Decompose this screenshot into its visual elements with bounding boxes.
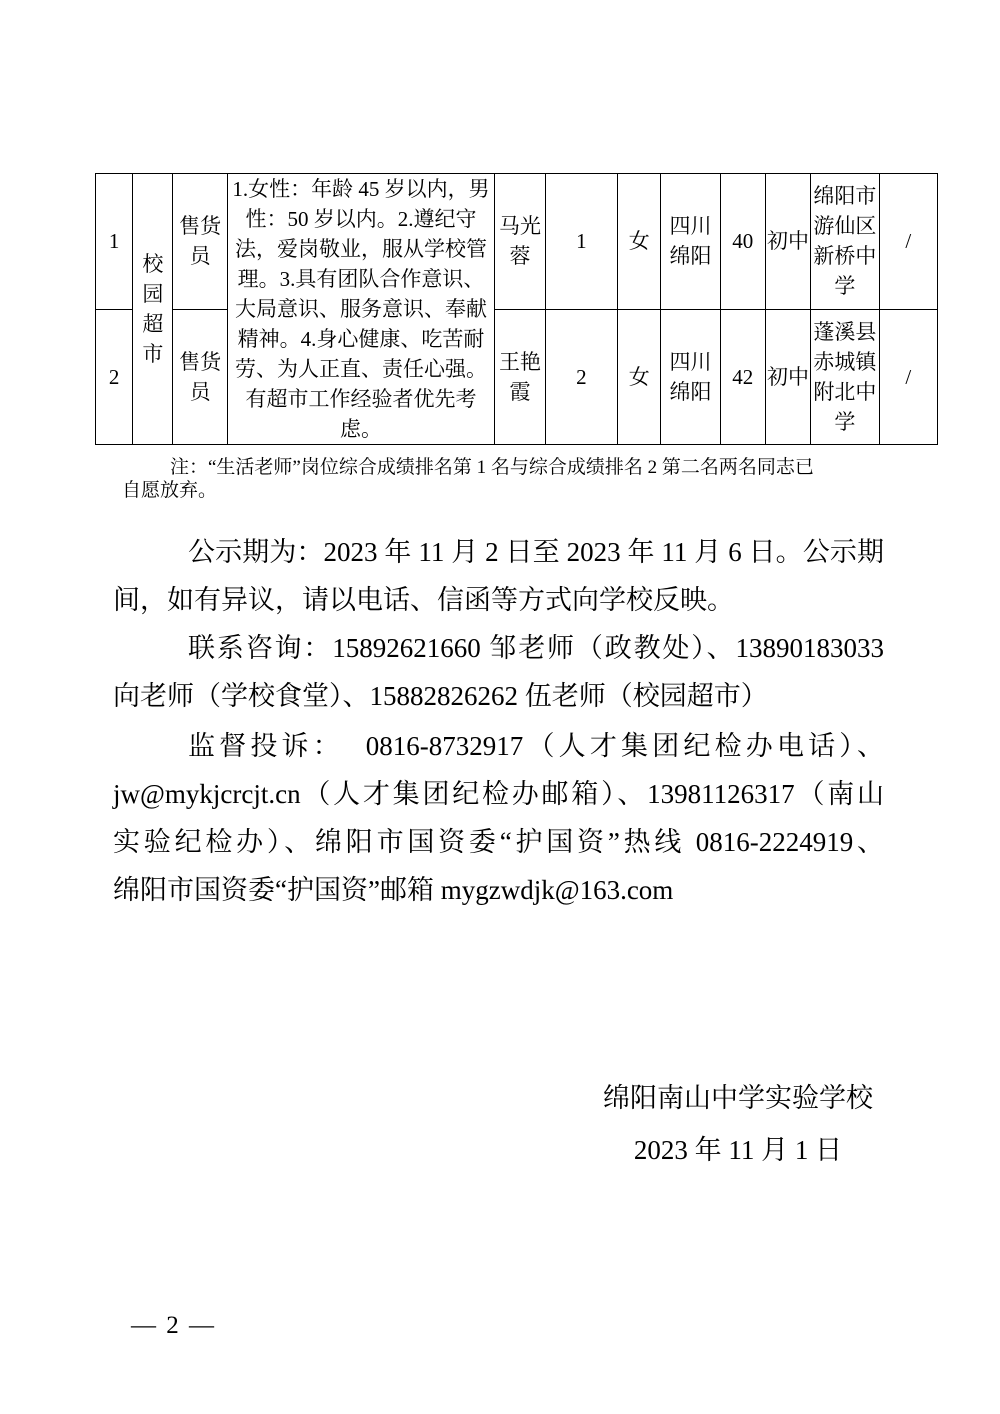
footnote-line: 自愿放弃。 [122, 479, 867, 502]
origin-cell: 四川绵阳 [661, 309, 720, 445]
table-row-1: 1 校园超市 售货员 1.女性：年龄 45 岁以内，男性：50 岁以内。2.遵纪… [96, 174, 938, 310]
name-cell: 王艳霞 [495, 309, 545, 445]
document-page: 1 校园超市 售货员 1.女性：年龄 45 岁以内，男性：50 岁以内。2.遵纪… [0, 0, 1000, 1414]
position-cell: 售货员 [173, 309, 227, 445]
publicity-period-paragraph: 公示期为：2023 年 11 月 2 日至 2023 年 11 月 6 日。公示… [113, 528, 884, 624]
requirements-cell: 1.女性：年龄 45 岁以内，男性：50 岁以内。2.遵纪守法，爱岗敬业，服从学… [227, 174, 495, 445]
paragraph-line: 实验纪检办）、绵阳市国资委“护国资”热线 0816-2224919、 [113, 818, 884, 866]
remark-cell: / [879, 174, 937, 310]
supervision-paragraph: 监督投诉： 0816-8732917（人才集团纪检办电话）、 jw@mykjcr… [113, 722, 884, 914]
paragraph-line: jw@mykjcrcjt.cn（人才集团纪检办邮箱）、13981126317（南… [113, 770, 884, 818]
footnote-line: 注：“生活老师”岗位综合成绩排名第 1 名与综合成绩排名 2 第二名两名同志已 [122, 456, 867, 479]
table-row-2: 2 售货员 王艳霞 2 女 四川绵阳 42 初中 蓬溪县赤城镇附北中学 / [96, 309, 938, 445]
paragraph-line: 向老师（学校食堂）、15882826262 伍老师（校园超市） [113, 672, 884, 720]
recruitment-result-table: 1 校园超市 售货员 1.女性：年龄 45 岁以内，男性：50 岁以内。2.遵纪… [95, 173, 938, 445]
age-cell: 40 [720, 174, 765, 310]
seq-cell: 2 [96, 309, 133, 445]
paragraph-line: 间，如有异议，请以电话、信函等方式向学校反映。 [113, 576, 884, 624]
table-footnote: 注：“生活老师”岗位综合成绩排名第 1 名与综合成绩排名 2 第二名两名同志已 … [122, 456, 867, 502]
seq-cell: 1 [96, 174, 133, 310]
gender-cell: 女 [618, 174, 661, 310]
school-cell: 绵阳市游仙区新桥中学 [811, 174, 879, 310]
paragraph-line: 公示期为：2023 年 11 月 2 日至 2023 年 11 月 6 日。公示… [113, 528, 884, 576]
origin-cell: 四川绵阳 [661, 174, 720, 310]
contact-paragraph: 联系咨询：15892621660 邹老师（政教处）、13890183033 向老… [113, 624, 884, 720]
count-cell: 2 [545, 309, 617, 445]
education-cell: 初中 [765, 174, 810, 310]
paragraph-line: 联系咨询：15892621660 邹老师（政教处）、13890183033 [113, 624, 884, 672]
position-cell: 售货员 [173, 174, 227, 310]
count-cell: 1 [545, 174, 617, 310]
paragraph-line: 监督投诉： 0816-8732917（人才集团纪检办电话）、 [113, 722, 884, 770]
remark-cell: / [879, 309, 937, 445]
signature-date: 2023 年 11 月 1 日 [588, 1124, 888, 1176]
department-cell: 校园超市 [133, 174, 173, 445]
school-cell: 蓬溪县赤城镇附北中学 [811, 309, 879, 445]
paragraph-line: 绵阳市国资委“护国资”邮箱 mygzwdjk@163.com [113, 866, 884, 914]
age-cell: 42 [720, 309, 765, 445]
gender-cell: 女 [618, 309, 661, 445]
signature-block: 绵阳南山中学实验学校 2023 年 11 月 1 日 [588, 1072, 888, 1176]
name-cell: 马光蓉 [495, 174, 545, 310]
signature-org: 绵阳南山中学实验学校 [588, 1072, 888, 1124]
education-cell: 初中 [765, 309, 810, 445]
page-number: — 2 — [131, 1312, 216, 1340]
